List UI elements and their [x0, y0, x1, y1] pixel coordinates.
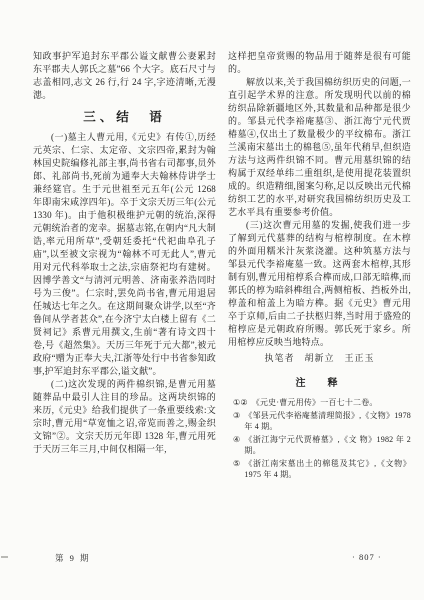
note-number: ①②: [233, 397, 248, 409]
note-number: ⑤: [233, 458, 240, 470]
journal-page: 知政事护军追封东平郡公谥文献曹公妻累封东平郡夫人郭氏之墓”66 个大字。底石尺寸…: [0, 0, 424, 600]
scan-artifact-mark: [1, 556, 8, 558]
footer-issue-number: 第 9 期: [55, 552, 91, 564]
note-text: 《元史·曹元用传》一百七十二卷。: [252, 397, 411, 409]
footer-page-number: · 807 ·: [352, 552, 382, 562]
paragraph-brocade: (二)这次发现的两件棉织锦,是曹元用墓随葬品中最引人注目的珍品。这两块织锦的来历…: [33, 378, 216, 456]
note-item: ④ 《浙江海宁元代贾椿墓》,《文 物》1982 年 2 期。: [233, 434, 411, 457]
paragraph-tomb-owner: (一)墓主人曹元用,《元史》有传①,历经元英宗、仁宗、太定帝、文宗四帝,累封为翰…: [33, 131, 216, 378]
paragraph-cotton-history: 解放以来,关于我国棉纺织历史的问题,一直引起学术界的注意。所发现明代以前的棉纺织…: [228, 76, 411, 219]
right-column: 这样把皇帝赏赐的物品用于随葬是很有可能的。 解放以来,关于我国棉纺织历史的问题,…: [228, 50, 411, 482]
notes-list: ①② 《元史·曹元用传》一百七十二卷。 ③ 《邹县元代李裕庵墓清理简报》,《文物…: [228, 397, 411, 481]
paragraph-brocade-continuation: 这样把皇帝赏赐的物品用于随葬是很有可能的。: [228, 50, 411, 76]
note-item: ⑤ 《浙江南宋墓出土的棉毯及其它》,《文物》1975 年 4 期。: [233, 458, 411, 481]
note-text: 《浙江南宋墓出土的棉毯及其它》,《文物》1975 年 4 期。: [244, 458, 411, 481]
section-heading-conclusion: 三、结 语: [33, 111, 216, 124]
paragraph-coffin-structure: (三)这次曹元用墓的发掘,使我们进一步了解到元代墓葬的结构与棺椁制度。在木椁的外…: [228, 219, 411, 349]
note-number: ③: [233, 410, 240, 422]
note-text: 《浙江海宁元代贾椿墓》,《文 物》1982 年 2 期。: [244, 434, 411, 457]
paragraph-epitaph-continuation: 知政事护军追封东平郡公谥文献曹公妻累封东平郡夫人郭氏之墓”66 个大字。底石尺寸…: [33, 50, 216, 102]
note-number: ④: [233, 434, 240, 446]
note-text: 《邹县元代李裕庵墓清理简报》,《文物》1978 年 4 期。: [244, 410, 411, 433]
byline-authors: 执笔者 胡新立 王正玉: [228, 352, 411, 365]
note-item: ①② 《元史·曹元用传》一百七十二卷。: [233, 397, 411, 409]
note-item: ③ 《邹县元代李裕庵墓清理简报》,《文物》1978 年 4 期。: [233, 410, 411, 433]
left-column: 知政事护军追封东平郡公谥文献曹公妻累封东平郡夫人郭氏之墓”66 个大字。底石尺寸…: [33, 50, 216, 456]
notes-heading: 注 释: [228, 377, 411, 390]
